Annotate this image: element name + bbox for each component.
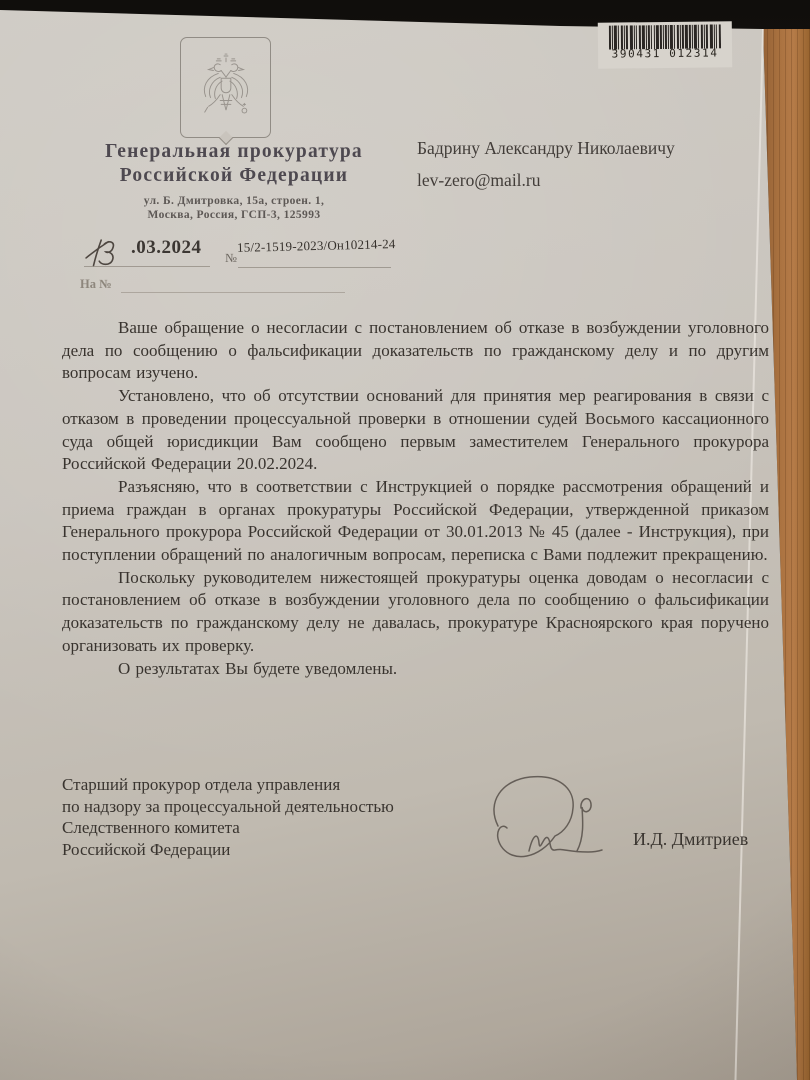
paragraph: Установлено, что об отсутствии оснований… [62,385,769,476]
number-sign: № [225,251,237,266]
paragraph: Поскольку руководителем нижестоящей прок… [62,567,769,658]
date-underline [84,266,210,267]
org-address: ул. Б. Дмитровка, 15а, строен. 1, Москва… [73,195,395,222]
paragraph: О результатах Вы будете уведомлены. [62,658,769,681]
printed-date: .03.2024 [131,237,202,259]
incoming-ref-label: На № [80,277,112,292]
barcode: 390431 012314 [598,21,732,68]
signer-position-line3: Следственного комитета [62,817,482,839]
org-address-line1: ул. Б. Дмитровка, 15а, строен. 1, [73,195,395,209]
org-title: Генеральная прокуратура Российской Федер… [73,140,395,188]
org-address-line2: Москва, Россия, ГСП-3, 125993 [73,209,395,223]
signer-position-line1: Старший прокурор отдела управления [62,774,482,796]
signer-name: И.Д. Дмитриев [633,829,748,850]
number-underline [238,267,391,268]
handwritten-day [81,233,127,278]
signer-position: Старший прокурор отдела управления по на… [62,774,482,860]
coat-of-arms-box [180,37,271,138]
paragraph: Разъясняю, что в соответствии с Инструкц… [62,476,769,567]
double-headed-eagle-icon [197,51,255,119]
barcode-number: 390431 012314 [598,46,732,60]
signature-strokes-icon [468,770,618,870]
letter-body: Ваше обращение о несогласии с постановле… [62,317,769,680]
recipient-email: lev-zero@mail.ru [417,170,541,191]
signer-position-line2: по надзору за процессуальной деятельност… [62,796,482,818]
org-title-line2: Российской Федерации [73,164,395,188]
paragraph: Ваше обращение о несогласии с постановле… [62,317,769,385]
org-title-line1: Генеральная прокуратура [73,140,395,164]
signer-position-line4: Российской Федерации [62,839,482,861]
recipient-name: Бадрину Александру Николаевичу [417,138,675,159]
handwritten-day-strokes-icon [81,233,127,273]
incoming-ref-underline [121,292,345,293]
photo-of-letter: 390431 012314 Генеральная прокуратура Ро… [0,0,810,1080]
handwritten-signature [468,770,618,875]
